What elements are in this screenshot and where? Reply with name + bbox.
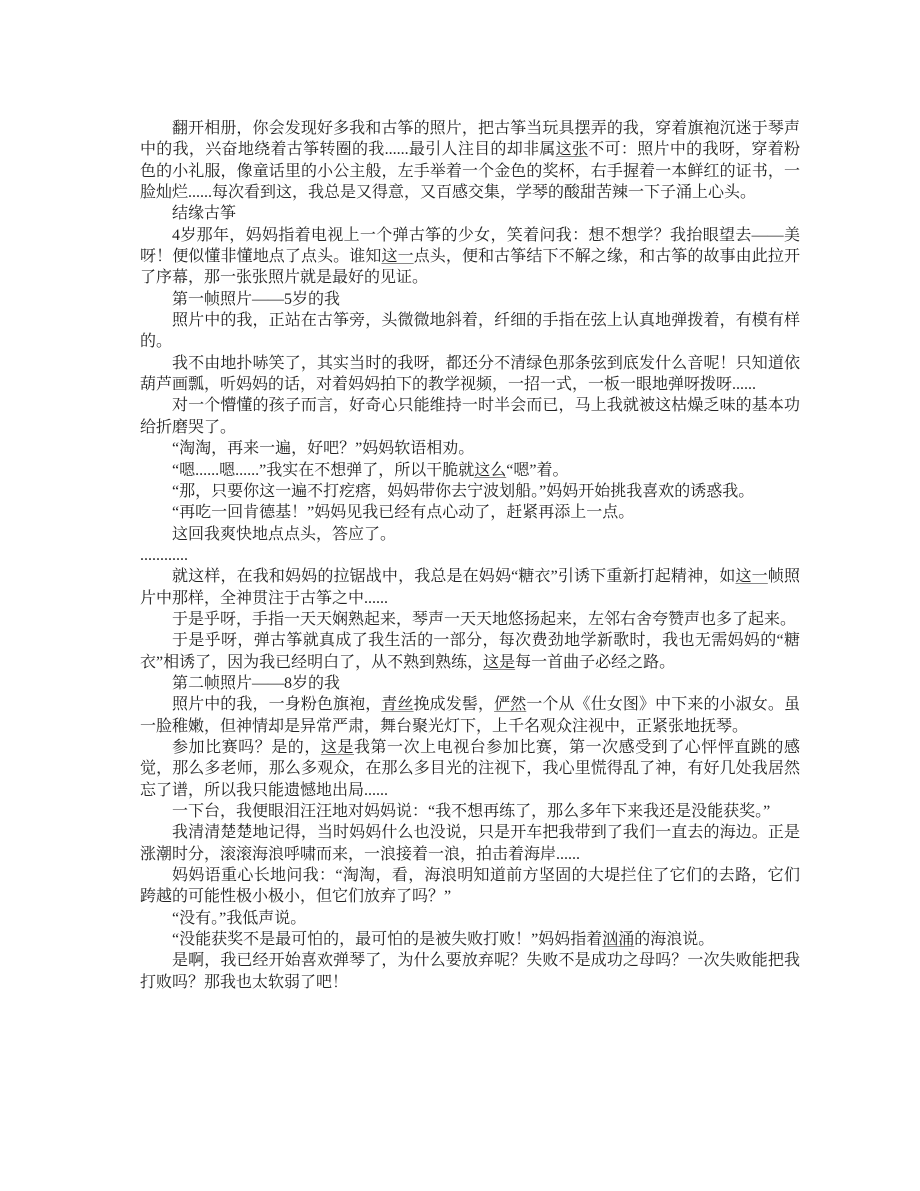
- section-heading: 第一帧照片——5岁的我: [140, 289, 800, 310]
- proofing-underline: 青丝: [381, 696, 413, 713]
- proofing-underline: 这是: [483, 654, 515, 671]
- paragraph: 妈妈语重心长地问我：“淘淘，看，海浪明知道前方坚固的大堤拦住了它们的去路，它们跨…: [140, 865, 800, 908]
- paragraph: 我不由地扑哧笑了，其实当时的我呀，都还分不清绿色那条弦到底发什么音呢！只知道依葫…: [140, 353, 800, 396]
- paragraph: 参加比赛吗？是的，这是我第一次上电视台参加比赛，第一次感受到了心怦怦直跳的感觉，…: [140, 737, 800, 801]
- proofing-underline: 这是: [321, 739, 354, 756]
- paragraph: 我清清楚楚地记得，当时妈妈什么也没说，只是开车把我带到了我们一直去的海边。正是涨…: [140, 822, 800, 865]
- section-heading: 第二帧照片——8岁的我: [140, 673, 800, 694]
- paragraph: 是啊，我已经开始喜欢弹琴了，为什么要放弃呢？失败不是成功之母吗？一次失败能把我打…: [140, 950, 800, 993]
- paragraph: 于是乎呀，弹古筝就真成了我生活的一部分，每次费劲地学新歌时，我也无需妈妈的“糖衣…: [140, 630, 800, 673]
- paragraph: ............: [140, 545, 800, 566]
- proofing-underline: 汹涌: [602, 931, 634, 948]
- paragraph: 这回我爽快地点点头，答应了。: [140, 524, 800, 545]
- document-content: 翻开相册，你会发现好多我和古筝的照片，把古筝当玩具摆弄的我，穿着旗袍沉迷于琴声中…: [140, 118, 800, 993]
- paragraph: “再吃一回肯德基！”妈妈见我已经有点心动了，赶紧再添上一点。: [140, 502, 800, 523]
- paragraph: 翻开相册，你会发现好多我和古筝的照片，把古筝当玩具摆弄的我，穿着旗袍沉迷于琴声中…: [140, 118, 800, 203]
- paragraph: 照片中的我，正站在古筝旁，头微微地斜着，纤细的手指在弦上认真地弹拨着，有模有样的…: [140, 310, 800, 353]
- proofing-underline: 这么: [474, 462, 506, 479]
- proofing-underline: 这一: [381, 248, 413, 265]
- section-heading: 结缘古筝: [140, 203, 800, 224]
- paragraph: 对一个懵懂的孩子而言，好奇心只能维持一时半会而已，马上我就被这枯燥乏味的基本功给…: [140, 395, 800, 438]
- paragraph: 照片中的我，一身粉色旗袍，青丝挽成发髻，俨然一个从《仕女图》中下来的小淑女。虽一…: [140, 694, 800, 737]
- paragraph: “没有。”我低声说。: [140, 908, 800, 929]
- proofing-underline: 俨然: [494, 696, 526, 713]
- document-page: 翻开相册，你会发现好多我和古筝的照片，把古筝当玩具摆弄的我，穿着旗袍沉迷于琴声中…: [0, 0, 920, 1191]
- paragraph: 于是乎呀，手指一天天娴熟起来，琴声一天天地悠扬起来，左邻右舍夸赞声也多了起来。: [140, 609, 800, 630]
- paragraph: 就这样，在我和妈妈的拉锯战中，我总是在妈妈“糖衣”引诱下重新打起精神，如这一帧照…: [140, 566, 800, 609]
- paragraph: “没能获奖不是最可怕的，最可怕的是被失败打败！”妈妈指着汹涌的海浪说。: [140, 929, 800, 950]
- paragraph: “那，只要你这一遍不打疙瘩，妈妈带你去宁波划船。”妈妈开始挑我喜欢的诱惑我。: [140, 481, 800, 502]
- proofing-underline: 这一: [736, 568, 768, 585]
- paragraph: 一下台，我便眼泪汪汪地对妈妈说：“我不想再练了，那么多年下来我还是没能获奖。”: [140, 801, 800, 822]
- paragraph: “嗯......嗯......”我实在不想弹了，所以干脆就这么“嗯”着。: [140, 460, 800, 481]
- proofing-underline: 这张: [556, 141, 589, 158]
- paragraph: 4岁那年，妈妈指着电视上一个弹古筝的少女，笑着问我：想不想学？我抬眼望去——美呀…: [140, 225, 800, 289]
- paragraph: “淘淘，再来一遍，好吧？”妈妈软语相劝。: [140, 438, 800, 459]
